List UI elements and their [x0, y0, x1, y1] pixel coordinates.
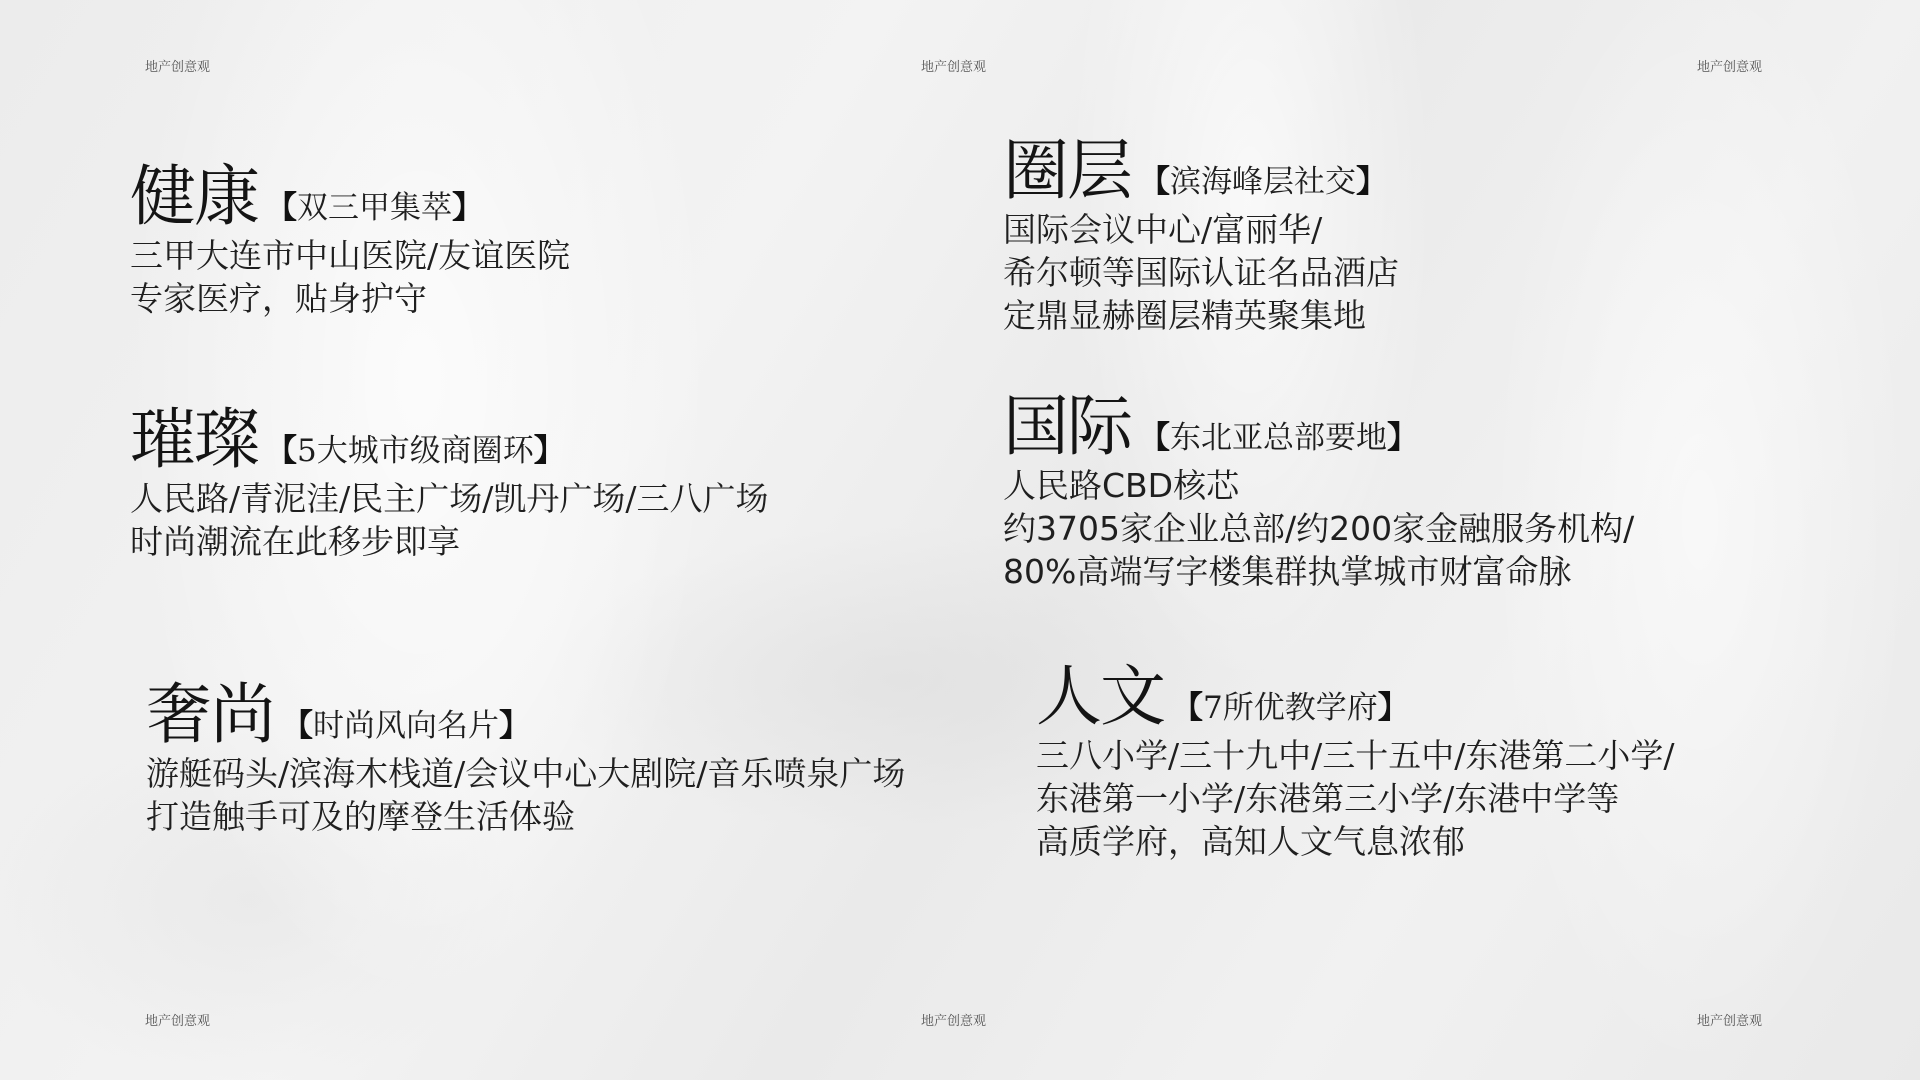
section-tag: 【双三甲集萃】 [266, 188, 483, 228]
section-title: 国际 [1003, 390, 1131, 464]
section-culture: 人文 【7所优教学府】 三八小学/三十九中/三十五中/东港第二小学/ 东港第一小… [1036, 660, 1674, 863]
section-health: 健康 【双三甲集萃】 三甲大连市中山医院/友谊医院 专家医疗，贴身护守 [130, 160, 570, 320]
watermark-top-center: 地产创意观 [921, 56, 986, 75]
body-line: 打造触手可及的摩登生活体验 [146, 795, 905, 838]
section-international: 国际 【东北亚总部要地】 人民路CBD核芯 约3705家企业总部/约200家金融… [1003, 390, 1634, 593]
section-body: 国际会议中心/富丽华/ 希尔顿等国际认证名品酒店 定鼎显赫圈层精英聚集地 [1003, 208, 1399, 337]
section-title: 圈层 [1003, 134, 1131, 208]
body-line: 游艇码头/滨海木栈道/会议中心大剧院/音乐喷泉广场 [146, 752, 905, 795]
section-luxury: 奢尚 【时尚风向名片】 游艇码头/滨海木栈道/会议中心大剧院/音乐喷泉广场 打造… [146, 678, 905, 838]
body-line: 高质学府，高知人文气息浓郁 [1036, 820, 1674, 863]
section-heading: 国际 【东北亚总部要地】 [1003, 390, 1634, 464]
section-tag: 【东北亚总部要地】 [1139, 418, 1418, 458]
watermark-bottom-right: 地产创意观 [1697, 1010, 1762, 1029]
section-splendor: 璀璨 【5大城市级商圈环】 人民路/青泥洼/民主广场/凯丹广场/三八广场 时尚潮… [130, 403, 768, 563]
section-title: 奢尚 [146, 678, 274, 752]
section-body: 人民路CBD核芯 约3705家企业总部/约200家金融服务机构/ 80%高端写字… [1003, 464, 1634, 593]
body-line: 定鼎显赫圈层精英聚集地 [1003, 294, 1399, 337]
watermark-top-left: 地产创意观 [145, 56, 210, 75]
section-tag: 【时尚风向名片】 [282, 706, 530, 746]
section-title: 人文 [1036, 660, 1164, 734]
watermark-top-right: 地产创意观 [1697, 56, 1762, 75]
section-heading: 人文 【7所优教学府】 [1036, 660, 1674, 734]
section-title: 健康 [130, 160, 258, 234]
section-heading: 健康 【双三甲集萃】 [130, 160, 570, 234]
section-tag: 【5大城市级商圈环】 [266, 431, 565, 471]
section-heading: 奢尚 【时尚风向名片】 [146, 678, 905, 752]
section-tag: 【滨海峰层社交】 [1139, 162, 1387, 202]
section-title: 璀璨 [130, 403, 258, 477]
body-line: 国际会议中心/富丽华/ [1003, 208, 1399, 251]
section-heading: 璀璨 【5大城市级商圈环】 [130, 403, 768, 477]
body-line: 人民路/青泥洼/民主广场/凯丹广场/三八广场 [130, 477, 768, 520]
watermark-bottom-center: 地产创意观 [921, 1010, 986, 1029]
section-body: 游艇码头/滨海木栈道/会议中心大剧院/音乐喷泉广场 打造触手可及的摩登生活体验 [146, 752, 905, 838]
body-line: 约3705家企业总部/约200家金融服务机构/ [1003, 507, 1634, 550]
body-line: 人民路CBD核芯 [1003, 464, 1634, 507]
body-line: 希尔顿等国际认证名品酒店 [1003, 251, 1399, 294]
body-line: 80%高端写字楼集群执掌城市财富命脉 [1003, 550, 1634, 593]
body-line: 三甲大连市中山医院/友谊医院 [130, 234, 570, 277]
watermark-bottom-left: 地产创意观 [145, 1010, 210, 1029]
section-body: 三甲大连市中山医院/友谊医院 专家医疗，贴身护守 [130, 234, 570, 320]
section-tag: 【7所优教学府】 [1172, 688, 1409, 728]
body-line: 时尚潮流在此移步即享 [130, 520, 768, 563]
body-line: 专家医疗，贴身护守 [130, 277, 570, 320]
section-body: 三八小学/三十九中/三十五中/东港第二小学/ 东港第一小学/东港第三小学/东港中… [1036, 734, 1674, 863]
body-line: 三八小学/三十九中/三十五中/东港第二小学/ [1036, 734, 1674, 777]
section-body: 人民路/青泥洼/民主广场/凯丹广场/三八广场 时尚潮流在此移步即享 [130, 477, 768, 563]
section-heading: 圈层 【滨海峰层社交】 [1003, 134, 1399, 208]
body-line: 东港第一小学/东港第三小学/东港中学等 [1036, 777, 1674, 820]
section-circle: 圈层 【滨海峰层社交】 国际会议中心/富丽华/ 希尔顿等国际认证名品酒店 定鼎显… [1003, 134, 1399, 337]
